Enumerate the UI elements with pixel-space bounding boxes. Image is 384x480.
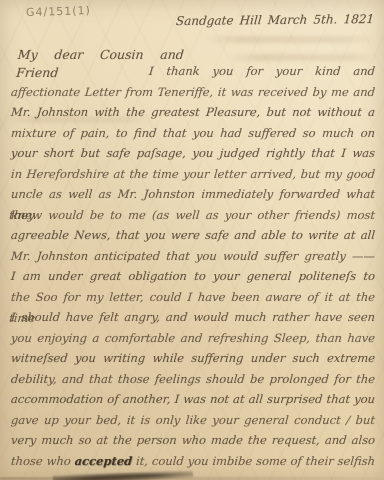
letter-body: I thank you for your kind and affectiona… [11, 61, 375, 471]
manuscript-line: Mr. Johnston anticipated that you would … [10, 246, 376, 267]
manuscript-line: gave up your bed, it is only like your g… [10, 410, 376, 431]
manuscript-line: uncle as well as Mr. Johnston immediatel… [10, 184, 376, 205]
bleedthrough-ghost-line [228, 54, 378, 61]
manuscript-line: accommodation of another, I was not at a… [10, 389, 376, 410]
dateline: Sandgate Hill March 5th. 1821 [175, 10, 375, 30]
archival-reference: G4/151(1) [26, 4, 91, 19]
manuscript-line: I should have felt angry, and would much… [10, 307, 376, 328]
last-line-start: those who [10, 454, 75, 468]
manuscript-line: I thank you for your kind and [10, 61, 376, 82]
manuscript-line: Mr. Johnston with the greatest Pleasure,… [10, 102, 376, 123]
manuscript-line: in Herefordshire at the time your letter… [10, 164, 376, 185]
manuscript-line-last: those who accepted it, could you imbibe … [10, 451, 376, 472]
letter-page: G4/151(1) Sandgate Hill March 5th. 1821 … [0, 0, 384, 480]
manuscript-line: I am under great obligation to your gene… [10, 266, 376, 287]
manuscript-line: very much so at the person who made the … [10, 430, 376, 451]
manuscript-line: knew would be to me (as well as your oth… [10, 205, 376, 226]
bleedthrough-ghost-line [205, 36, 377, 43]
manuscript-line: debility, and that those feelings should… [10, 369, 376, 390]
manuscript-line: agreeable News, that you were safe and a… [10, 225, 376, 246]
manuscript-line: affectionate Letter from Teneriffe, it w… [10, 82, 376, 103]
manuscript-line: you enjoying a comfortable and refreshin… [10, 328, 376, 349]
manuscript-line: your short but safe paſsage, you judged … [10, 143, 376, 164]
ink-blotted-word: accepted [74, 454, 133, 468]
manuscript-line: witneſsed you writing while suffering un… [10, 348, 376, 369]
manuscript-line: mixture of pain, to find that you had su… [10, 123, 376, 144]
manuscript-line: the Soo for my letter, could I have been… [10, 287, 376, 308]
last-line-end: it, could you imbibe some of their selfi… [132, 454, 376, 468]
